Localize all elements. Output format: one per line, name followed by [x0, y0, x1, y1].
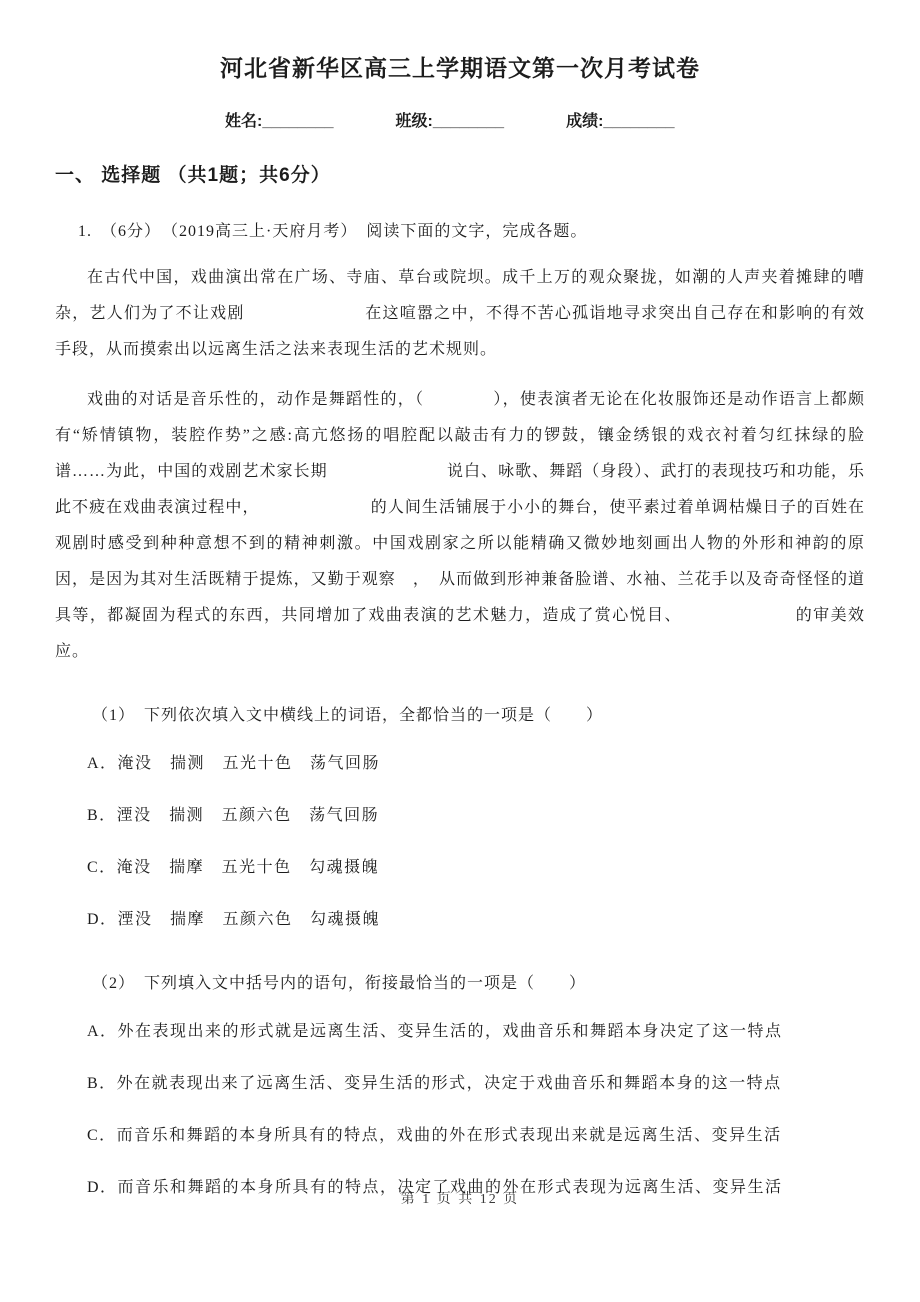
question-intro: 1. （6分） （2019高三上·天府月考） 阅读下面的文字，完成各题。: [78, 218, 865, 246]
sub-question-1-option-b: B．湮没 揣测 五颜六色 荡气回肠: [87, 798, 865, 834]
sub-question-1-option-c: C．淹没 揣摩 五光十色 勾魂摄魄: [87, 850, 865, 886]
section-heading: 一、 选择题 （共1题；共6分）: [55, 164, 865, 188]
student-info-row: 姓名:________ 班级:________ 成绩:________: [0, 112, 920, 132]
sub-question-2-option-a: A．外在表现出来的形式就是远离生活、变异生活的，戏曲音乐和舞蹈本身决定了这一特点: [87, 1014, 865, 1050]
sub-question-1-option-d: D．湮没 揣摩 五颜六色 勾魂摄魄: [87, 902, 865, 938]
score-field: 成绩:________: [566, 112, 675, 132]
reading-passage: 在古代中国，戏曲演出常在广场、寺庙、草台或院坝。成千上万的观众聚拢，如潮的人声夹…: [55, 260, 865, 670]
passage-paragraph: 戏曲的对话是音乐性的，动作是舞蹈性的，（ ），使表演者无论在化妆服饰还是动作语言…: [55, 382, 865, 670]
passage-paragraph: 在古代中国，戏曲演出常在广场、寺庙、草台或院坝。成千上万的观众聚拢，如潮的人声夹…: [55, 260, 865, 368]
sub-question-2-option-c: C．而音乐和舞蹈的本身所具有的特点，戏曲的外在形式表现出来就是远离生活、变异生活: [87, 1118, 865, 1154]
sub-question-1: （1） 下列依次填入文中横线上的词语，全都恰当的一项是（ ） A．淹没 揣测 五…: [55, 702, 865, 938]
page-number-footer: 第 1 页 共 12 页: [0, 1188, 920, 1208]
sub-question-1-prompt: （1） 下列依次填入文中横线上的词语，全都恰当的一项是（ ）: [92, 702, 865, 730]
sub-question-1-option-a: A．淹没 揣测 五光十色 荡气回肠: [87, 746, 865, 782]
sub-question-2: （2） 下列填入文中括号内的语句，衔接最恰当的一项是（ ） A．外在表现出来的形…: [55, 970, 865, 1206]
page-title: 河北省新华区高三上学期语文第一次月考试卷: [0, 0, 920, 82]
class-field: 班级:________: [396, 112, 505, 132]
sub-question-2-prompt: （2） 下列填入文中括号内的语句，衔接最恰当的一项是（ ）: [92, 970, 865, 998]
name-field: 姓名:________: [225, 112, 334, 132]
document-body: 一、 选择题 （共1题；共6分） 1. （6分） （2019高三上·天府月考） …: [0, 164, 920, 1206]
sub-question-2-option-b: B．外在就表现出来了远离生活、变异生活的形式，决定于戏曲音乐和舞蹈本身的这一特点: [87, 1066, 865, 1102]
exam-paper-page: 河北省新华区高三上学期语文第一次月考试卷 姓名:________ 班级:____…: [0, 0, 920, 1302]
